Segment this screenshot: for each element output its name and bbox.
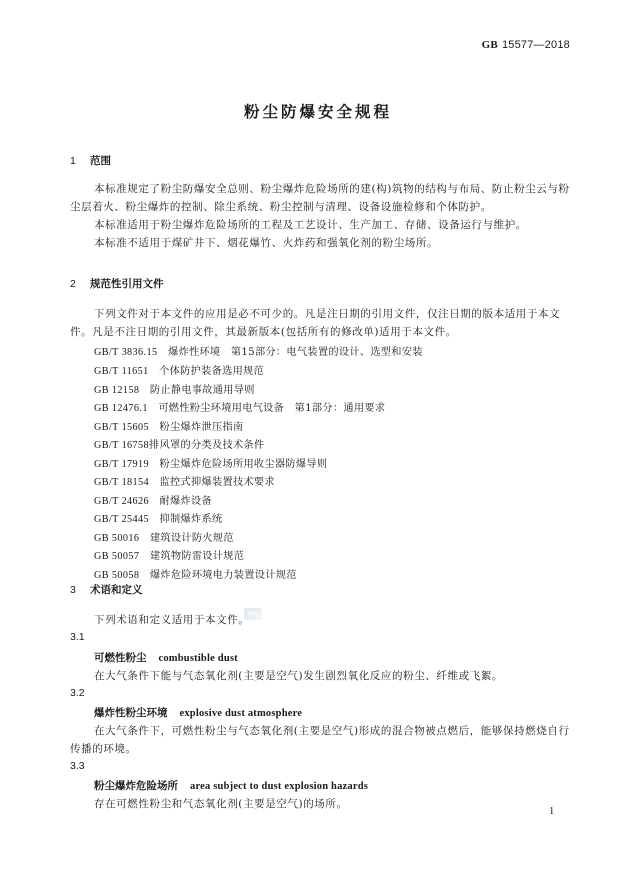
paragraph: 下列文件对于本文件的应用是必不可少的。凡是注日期的引用文件，仅注日期的版本适用于…	[94, 306, 560, 321]
reference-code: GB/T 15605	[94, 422, 149, 433]
term-zh: 爆炸性粉尘环境	[94, 707, 168, 719]
section-heading-1: 1范围	[70, 153, 111, 168]
term-definition: 在大气条件下，可燃性粉尘与气态氧化剂(主要是空气)形成的混合物被点燃后，能够保持…	[94, 723, 570, 738]
reference-item: GB 50016 建筑设计防火规范	[94, 529, 234, 544]
reference-code: GB/T 11651	[94, 366, 149, 377]
paragraph: 下列术语和定义适用于本文件。	[94, 612, 249, 627]
sac-watermark-logo: SAC	[244, 608, 262, 620]
reference-title: 排风罩的分类及技术条件	[149, 440, 264, 451]
reference-item: GB/T 24626 耐爆炸设备	[94, 492, 212, 507]
page-number: 1	[549, 806, 554, 817]
term-heading: 粉尘爆炸危险场所area subject to dust explosion h…	[94, 778, 368, 793]
reference-item: GB/T 3836.15 爆炸性环境 第15部分：电气装置的设计、选型和安装	[94, 343, 423, 358]
paragraph-continuation: 件。凡是不注日期的引用文件，其最新版本(包括所有的修改单)适用于本文件。	[70, 324, 457, 339]
term-en: explosive dust atmosphere	[180, 708, 303, 719]
term-zh: 粉尘爆炸危险场所	[94, 780, 178, 792]
reference-title: 耐爆炸设备	[160, 496, 212, 507]
term-number: 3.3	[70, 760, 85, 772]
term-number: 3.2	[70, 687, 85, 699]
reference-code: GB 50057	[94, 551, 139, 562]
paragraph-continuation: 尘层着火、粉尘爆炸的控制、除尘系统、粉尘控制与清理、设备设施检修和个体防护。	[70, 199, 492, 214]
reference-code: GB/T 18154	[94, 477, 149, 488]
reference-title: 建筑设计防火规范	[150, 533, 234, 544]
reference-item: GB/T 25445 抑制爆炸系统	[94, 510, 222, 525]
reference-title: 个体防护装备选用规范	[159, 366, 264, 377]
reference-item: GB/T 11651 个体防护装备选用规范	[94, 362, 264, 377]
reference-code: GB 12158	[94, 385, 139, 396]
reference-title: 爆炸危险环境电力装置设计规范	[150, 570, 297, 581]
section-heading-2: 2规范性引用文件	[70, 276, 164, 291]
term-zh: 可燃性粉尘	[94, 652, 147, 664]
reference-code: GB/T 24626	[94, 496, 149, 507]
standard-number-header: GB15577—2018	[482, 39, 570, 51]
reference-item: GB 50058 爆炸危险环境电力装置设计规范	[94, 566, 297, 581]
reference-title: 抑制爆炸系统	[160, 514, 223, 525]
term-definition: 在大气条件下能与气态氧化剂(主要是空气)发生剧烈氧化反应的粉尘、纤维或飞絮。	[94, 668, 503, 683]
term-number: 3.1	[70, 631, 85, 643]
term-en: combustible dust	[159, 653, 238, 664]
term-en: area subject to dust explosion hazards	[190, 781, 368, 792]
reference-code: GB/T 17919	[94, 459, 149, 470]
reference-item: GB/T 18154 监控式抑爆装置技术要求	[94, 473, 275, 488]
reference-code: GB 50016	[94, 533, 139, 544]
reference-code: GB 50058	[94, 570, 139, 581]
reference-title: 防止静电事故通用导则	[150, 385, 255, 396]
reference-code: GB 12476.1	[94, 403, 148, 414]
section-title: 规范性引用文件	[90, 278, 164, 290]
reference-title: 粉尘爆炸危险场所用收尘器防爆导则	[160, 459, 328, 470]
reference-title: 建筑物防雷设计规范	[150, 551, 244, 562]
reference-item: GB 12158 防止静电事故通用导则	[94, 381, 255, 396]
term-heading: 可燃性粉尘combustible dust	[94, 650, 238, 665]
paragraph: 本标准规定了粉尘防爆安全总则、粉尘爆炸危险场所的建(构)筑物的结构与布局、防止粉…	[94, 181, 570, 196]
document-title: 粉尘防爆安全规程	[0, 100, 636, 122]
reference-title: 可燃性粉尘环境用电气设备 第1部分：通用要求	[158, 403, 385, 414]
reference-item: GB 12476.1 可燃性粉尘环境用电气设备 第1部分：通用要求	[94, 399, 385, 414]
reference-title: 粉尘爆炸泄压指南	[160, 422, 244, 433]
paragraph: 本标准适用于粉尘爆炸危险场所的工程及工艺设计、生产加工、存储、设备运行与维护。	[94, 217, 527, 232]
reference-title: 监控式抑爆装置技术要求	[160, 477, 275, 488]
reference-item: GB/T 16758排风罩的分类及技术条件	[94, 436, 264, 451]
standard-number: 15577—2018	[502, 39, 570, 51]
section-heading-3: 3术语和定义	[70, 582, 143, 597]
section-title: 术语和定义	[90, 584, 143, 596]
reference-code: GB/T 3836.15	[94, 347, 157, 358]
reference-code: GB/T 16758	[94, 440, 149, 451]
reference-item: GB/T 17919 粉尘爆炸危险场所用收尘器防爆导则	[94, 455, 327, 470]
standard-prefix: GB	[482, 39, 498, 51]
term-definition: 存在可燃性粉尘和气态氧化剂(主要是空气)的场所。	[94, 796, 348, 811]
reference-code: GB/T 25445	[94, 514, 149, 525]
section-number: 2	[70, 278, 90, 290]
paragraph: 本标准不适用于煤矿井下、烟花爆竹、火炸药和强氧化剂的粉尘场所。	[94, 235, 438, 250]
section-number: 3	[70, 584, 90, 596]
reference-title: 爆炸性环境 第15部分：电气装置的设计、选型和安装	[168, 347, 423, 358]
section-number: 1	[70, 155, 90, 167]
term-heading: 爆炸性粉尘环境explosive dust atmosphere	[94, 705, 302, 720]
reference-item: GB 50057 建筑物防雷设计规范	[94, 547, 244, 562]
reference-item: GB/T 15605 粉尘爆炸泄压指南	[94, 418, 243, 433]
term-definition-continuation: 传播的环境。	[70, 741, 137, 756]
section-title: 范围	[90, 155, 111, 167]
